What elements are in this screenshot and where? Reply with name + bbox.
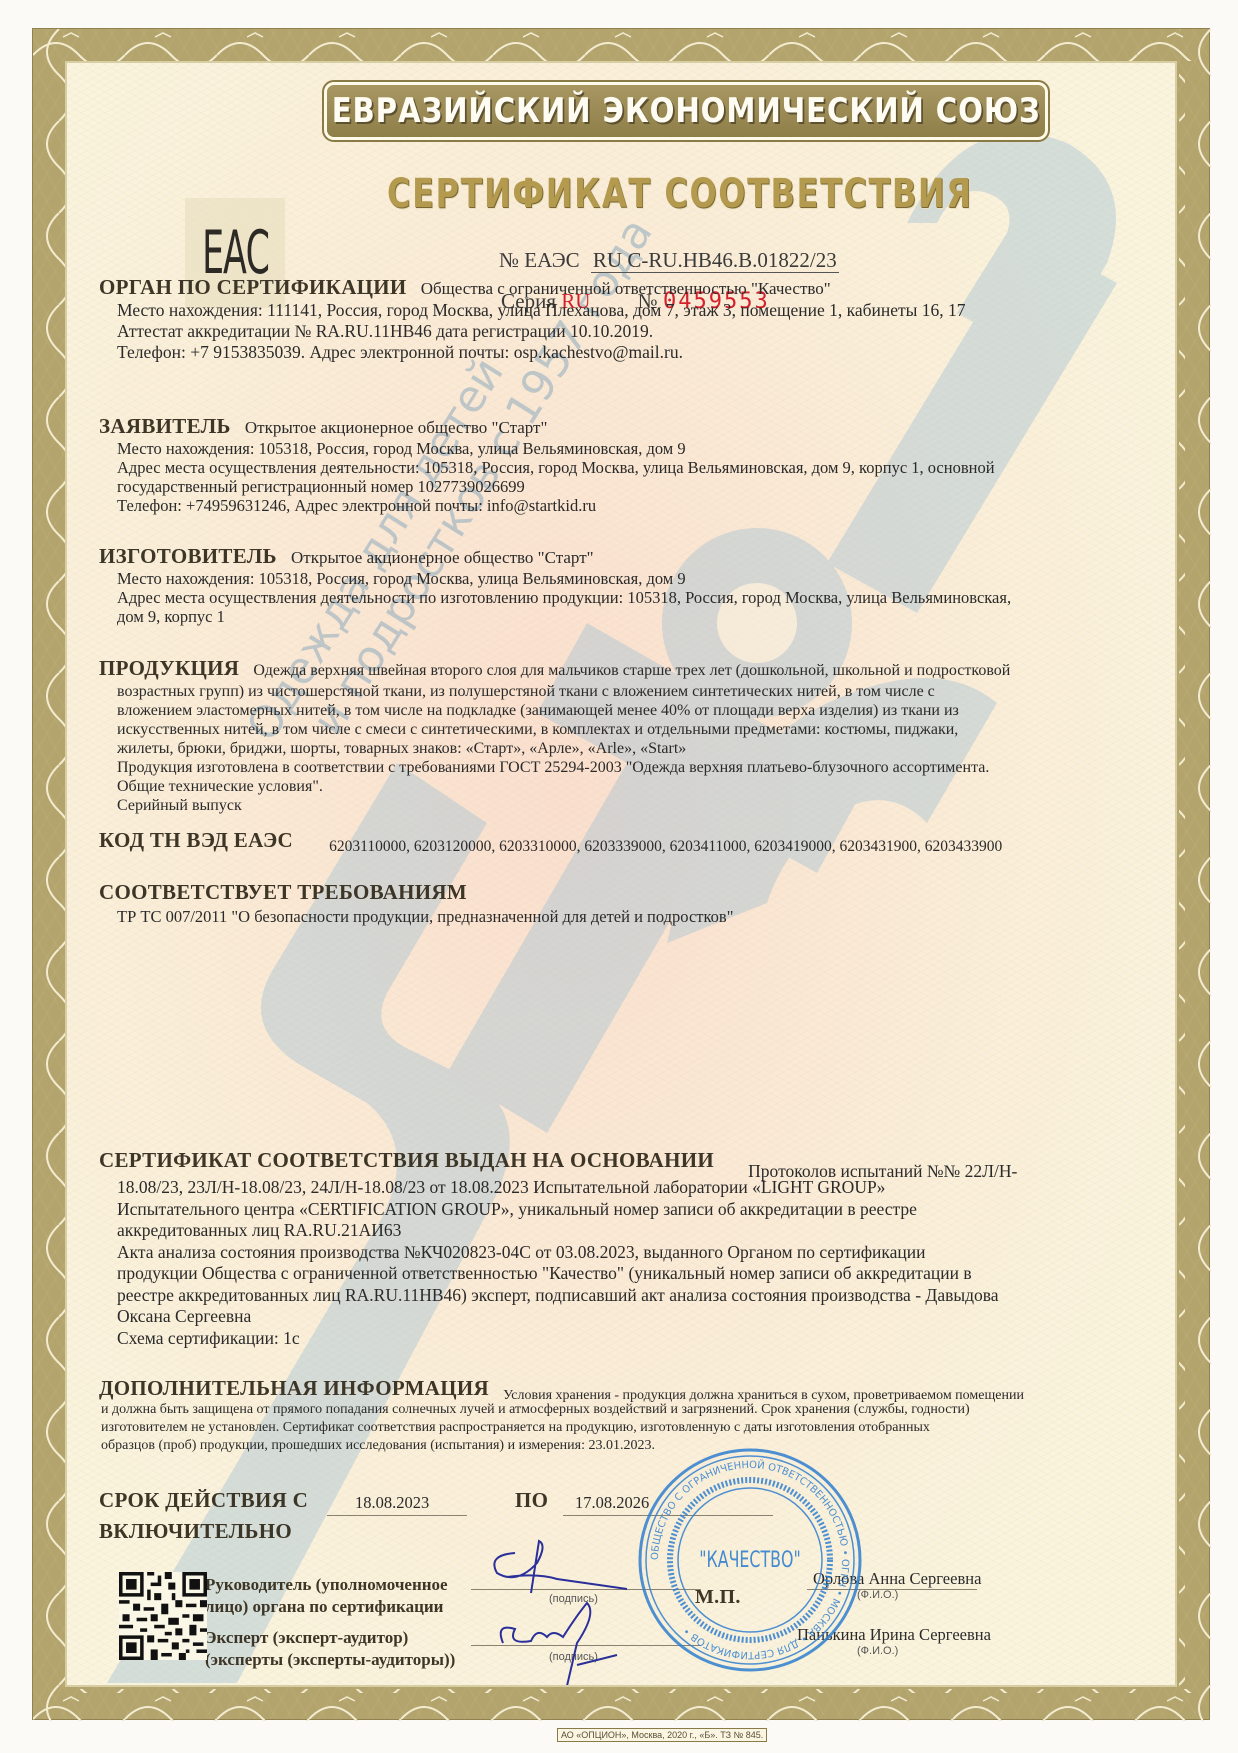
expert-signatory-label-line-2: (эксперты (эксперты-аудиторы)) xyxy=(205,1649,455,1671)
expert-signatory-name: Панькина Ирина Сергеевна xyxy=(797,1625,991,1645)
expert-name-caption: (Ф.И.О.) xyxy=(857,1645,898,1657)
printer-imprint: АО «ОПЦИОН», Москва, 2020 г., «Б». ТЗ № … xyxy=(557,1728,767,1742)
head-signature-icon xyxy=(494,1541,627,1593)
applicant-contacts: Телефон: +74959631246, Адрес электронной… xyxy=(117,496,1145,515)
certification-body-section: ОРГАН ПО СЕРТИФИКАЦИИ Общества с огранич… xyxy=(99,278,1145,363)
stamp-place-label: М.П. xyxy=(695,1586,741,1609)
technical-regulation: ТР ТС 007/2011 "О безопасности продукции… xyxy=(117,907,1145,926)
certification-body-address: Место нахождения: 111141, Россия, город … xyxy=(117,300,1145,321)
product-standard-cont: Общие технические условия". xyxy=(117,777,1145,796)
union-banner: ЕВРАЗИЙСКИЙ ЭКОНОМИЧЕСКИЙ СОЮЗ xyxy=(324,82,1048,140)
certification-body-name: Общества с ограниченной ответственностью… xyxy=(421,279,831,298)
basis-test-center: Испытательного центра «CERTIFICATION GRO… xyxy=(117,1199,1145,1221)
basis-production-analysis: продукции Общества с ограниченной ответс… xyxy=(117,1263,1145,1285)
additional-info-section: ДОПОЛНИТЕЛЬНАЯ ИНФОРМАЦИЯ Условия хранен… xyxy=(99,1379,1145,1455)
basis-first-line: Протоколов испытаний №№ 22Л/Н- xyxy=(748,1161,1017,1181)
product-standard: Продукция изготовлена в соответствии с т… xyxy=(117,758,1145,777)
product-description-line: искусственных нитей, в том числе с смеси… xyxy=(117,720,1145,739)
manufacturer-section: ИЗГОТОВИТЕЛЬ Открытое акционерное общест… xyxy=(99,547,1145,626)
head-signatory-label: Руководитель (уполномоченное лицо) орган… xyxy=(205,1574,448,1618)
basis-test-center-accreditation: аккредитованных лиц RA.RU.21АИ63 xyxy=(117,1220,1145,1242)
product-description-line: возрастных групп) из чистошерстяной ткан… xyxy=(117,682,1145,701)
head-name-caption: (Ф.И.О.) xyxy=(857,1589,898,1601)
product-description-first: Одежда верхняя швейная второго слоя для … xyxy=(253,662,1010,679)
product-trademarks: жилеты, брюки, бриджи, шорты, товарных з… xyxy=(117,739,1145,758)
applicant-heading: ЗАЯВИТЕЛЬ xyxy=(99,414,231,438)
hs-codes-list: 6203110000, 6203120000, 6203310000, 6203… xyxy=(329,838,1002,855)
registration-value: RU C-RU.НВ46.В.01822/23 xyxy=(591,248,839,273)
certification-body-contacts: Телефон: +7 9153835039. Адрес электронно… xyxy=(117,342,1145,363)
product-heading: ПРОДУКЦИЯ xyxy=(99,656,239,680)
applicant-activity-address: Адрес места осуществления деятельности: … xyxy=(117,458,1145,477)
certification-body-accreditation: Аттестат аккредитации № RA.RU.11НВ46 дат… xyxy=(117,321,1145,342)
applicant-address: Место нахождения: 105318, Россия, город … xyxy=(117,439,1145,458)
manufacturer-address: Место нахождения: 105318, Россия, город … xyxy=(117,569,1145,588)
hs-codes-heading: КОД ТН ВЭД ЕАЭС xyxy=(99,828,293,852)
expert-signature-icon xyxy=(501,1603,617,1687)
expert-signatory-label-line-1: Эксперт (эксперт-аудитор) xyxy=(205,1627,455,1649)
basis-expert-name: Оксана Сергеевна xyxy=(117,1306,1145,1328)
applicant-section: ЗАЯВИТЕЛЬ Открытое акционерное общество … xyxy=(99,417,1145,515)
additional-info-heading: ДОПОЛНИТЕЛЬНАЯ ИНФОРМАЦИЯ xyxy=(99,1376,489,1400)
validity-from-label: СРОК ДЕЙСТВИЯ С xyxy=(99,1488,308,1513)
certificate-frame: Одежда для детей и подростков с 1957 год… xyxy=(32,28,1210,1720)
conforms-heading: СООТВЕТСТВУЕТ ТРЕБОВАНИЯМ xyxy=(99,880,467,904)
additional-info-line: изготовителем не установлен. Сертификат … xyxy=(101,1419,1145,1437)
basis-section: СЕРТИФИКАТ СООТВЕТСТВИЯ ВЫДАН НА ОСНОВАН… xyxy=(99,1151,1145,1349)
registration-prefix: № ЕАЭС xyxy=(499,248,580,272)
manufacturer-name: Открытое акционерное общество "Старт" xyxy=(291,548,594,567)
union-banner-text: ЕВРАЗИЙСКИЙ ЭКОНОМИЧЕСКИЙ СОЮЗ xyxy=(332,91,1041,131)
basis-heading: СЕРТИФИКАТ СООТВЕТСТВИЯ ВЫДАН НА ОСНОВАН… xyxy=(99,1148,714,1172)
head-signatory-label-line-1: Руководитель (уполномоченное xyxy=(205,1574,448,1596)
validity-from-underline xyxy=(327,1515,467,1516)
additional-info-line: образцов (проб) продукции, прошедших исс… xyxy=(101,1437,1145,1455)
product-section: ПРОДУКЦИЯ Одежда верхняя швейная второго… xyxy=(99,659,1145,815)
basis-production-analysis: Акта анализа состояния производства №КЧ0… xyxy=(117,1242,1145,1264)
manufacturer-heading: ИЗГОТОВИТЕЛЬ xyxy=(99,544,277,568)
additional-info-first: Условия хранения - продукция должна хран… xyxy=(503,1388,1024,1403)
expert-signatory-label: Эксперт (эксперт-аудитор) (эксперты (экс… xyxy=(205,1627,455,1671)
certification-scheme: Схема сертификации: 1с xyxy=(117,1328,1145,1350)
product-description-line: вложением эластомерных нитей, в том числ… xyxy=(117,701,1145,720)
manufacturer-production-address: Адрес места осуществления деятельности п… xyxy=(117,588,1145,607)
registration-number: № ЕАЭС RU C-RU.НВ46.В.01822/23 xyxy=(499,248,839,273)
applicant-ogrn: государственный регистрационный номер 10… xyxy=(117,477,1145,496)
certification-body-heading: ОРГАН ПО СЕРТИФИКАЦИИ xyxy=(99,275,407,299)
conforms-section: СООТВЕТСТВУЕТ ТРЕБОВАНИЯМ ТР ТС 007/2011… xyxy=(99,883,1145,926)
qr-code-icon xyxy=(119,1572,207,1660)
basis-production-analysis: реестре аккредитованных лиц RA.RU.11НВ46… xyxy=(117,1285,1145,1307)
head-signatory-name: Орлова Анна Сергеевна xyxy=(813,1569,981,1589)
head-signatory-label-line-2: лицо) органа по сертификации xyxy=(205,1596,448,1618)
manufacturer-production-address-cont: дом 9, корпус 1 xyxy=(117,607,1145,626)
handwritten-signatures xyxy=(467,1533,727,1687)
certificate-title: СЕРТИФИКАТ СООТВЕТСТВИЯ xyxy=(387,171,973,217)
additional-info-line: и должна быть защищена от прямого попада… xyxy=(101,1401,1145,1419)
validity-to-label: ПО xyxy=(515,1488,548,1513)
product-release-type: Серийный выпуск xyxy=(117,796,1145,815)
validity-from-date: 18.08.2023 xyxy=(355,1493,429,1513)
validity-to-underline xyxy=(563,1515,773,1516)
applicant-name: Открытое акционерное общество "Старт" xyxy=(245,418,548,437)
hs-codes-section: КОД ТН ВЭД ЕАЭС 6203110000, 6203120000, … xyxy=(99,831,1145,852)
validity-to-date: 17.08.2026 xyxy=(575,1493,649,1513)
certificate-body: Одежда для детей и подростков с 1957 год… xyxy=(65,61,1177,1687)
validity-inclusive-label: ВКЛЮЧИТЕЛЬНО xyxy=(99,1519,292,1544)
